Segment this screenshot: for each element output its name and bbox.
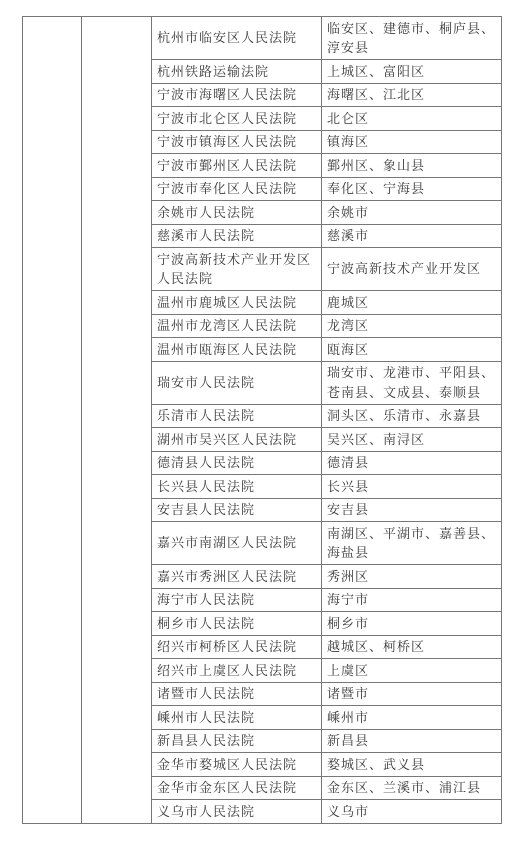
court-name-cell: 温州市鹿城区人民法院	[152, 291, 322, 315]
empty-cell-col2	[82, 17, 152, 824]
court-name-cell: 宁波市奉化区人民法院	[152, 177, 322, 201]
jurisdiction-cell: 龙湾区	[322, 314, 502, 338]
jurisdiction-cell: 慈溪市	[322, 224, 502, 248]
jurisdiction-cell: 义乌市	[322, 800, 502, 824]
jurisdiction-cell: 镇海区	[322, 130, 502, 154]
jurisdiction-cell: 桐乡市	[322, 612, 502, 636]
jurisdiction-cell: 南湖区、平湖市、嘉善县、海盐县	[322, 522, 502, 565]
jurisdiction-cell: 德清县	[322, 451, 502, 475]
court-name-cell: 温州市瓯海区人民法院	[152, 338, 322, 362]
jurisdiction-cell: 上城区、富阳区	[322, 60, 502, 84]
jurisdiction-cell: 秀洲区	[322, 565, 502, 589]
jurisdiction-cell: 余姚市	[322, 201, 502, 225]
court-name-cell: 瑞安市人民法院	[152, 361, 322, 404]
court-name-cell: 宁波市北仑区人民法院	[152, 107, 322, 131]
jurisdiction-cell: 安吉县	[322, 498, 502, 522]
jurisdiction-cell: 诸暨市	[322, 682, 502, 706]
jurisdiction-cell: 上虞区	[322, 659, 502, 683]
court-name-cell: 宁波市鄞州区人民法院	[152, 154, 322, 178]
court-name-cell: 绍兴市上虞区人民法院	[152, 659, 322, 683]
jurisdiction-cell: 海曙区、江北区	[322, 83, 502, 107]
court-name-cell: 嘉兴市秀洲区人民法院	[152, 565, 322, 589]
jurisdiction-cell: 瓯海区	[322, 338, 502, 362]
court-name-cell: 长兴县人民法院	[152, 475, 322, 499]
court-name-cell: 宁波高新技术产业开发区人民法院	[152, 248, 322, 291]
table-row: 杭州市临安区人民法院临安区、建德市、桐庐县、淳安县	[23, 17, 502, 60]
court-name-cell: 诸暨市人民法院	[152, 682, 322, 706]
court-name-cell: 宁波市海曙区人民法院	[152, 83, 322, 107]
jurisdiction-cell: 鹿城区	[322, 291, 502, 315]
jurisdiction-cell: 洞头区、乐清市、永嘉县	[322, 404, 502, 428]
court-name-cell: 金华市婺城区人民法院	[152, 753, 322, 777]
court-name-cell: 温州市龙湾区人民法院	[152, 314, 322, 338]
jurisdiction-cell: 宁波高新技术产业开发区	[322, 248, 502, 291]
court-name-cell: 德清县人民法院	[152, 451, 322, 475]
jurisdiction-cell: 嵊州市	[322, 706, 502, 730]
jurisdiction-cell: 鄞州区、象山县	[322, 154, 502, 178]
court-name-cell: 乐清市人民法院	[152, 404, 322, 428]
court-jurisdiction-table: 杭州市临安区人民法院临安区、建德市、桐庐县、淳安县杭州铁路运输法院上城区、富阳区…	[22, 16, 502, 824]
jurisdiction-cell: 长兴县	[322, 475, 502, 499]
document-page: 杭州市临安区人民法院临安区、建德市、桐庐县、淳安县杭州铁路运输法院上城区、富阳区…	[0, 0, 527, 847]
jurisdiction-cell: 婺城区、武义县	[322, 753, 502, 777]
jurisdiction-cell: 金东区、兰溪市、浦江县	[322, 776, 502, 800]
jurisdiction-cell: 海宁市	[322, 588, 502, 612]
jurisdiction-cell: 新昌县	[322, 729, 502, 753]
empty-cell-col1	[23, 17, 82, 824]
court-name-cell: 义乌市人民法院	[152, 800, 322, 824]
court-name-cell: 安吉县人民法院	[152, 498, 322, 522]
court-name-cell: 嘉兴市南湖区人民法院	[152, 522, 322, 565]
court-name-cell: 嵊州市人民法院	[152, 706, 322, 730]
court-name-cell: 宁波市镇海区人民法院	[152, 130, 322, 154]
court-name-cell: 海宁市人民法院	[152, 588, 322, 612]
court-name-cell: 桐乡市人民法院	[152, 612, 322, 636]
court-name-cell: 余姚市人民法院	[152, 201, 322, 225]
court-name-cell: 杭州铁路运输法院	[152, 60, 322, 84]
jurisdiction-cell: 临安区、建德市、桐庐县、淳安县	[322, 17, 502, 60]
court-name-cell: 新昌县人民法院	[152, 729, 322, 753]
jurisdiction-cell: 吴兴区、南浔区	[322, 428, 502, 452]
court-name-cell: 慈溪市人民法院	[152, 224, 322, 248]
court-name-cell: 金华市金东区人民法院	[152, 776, 322, 800]
jurisdiction-cell: 越城区、柯桥区	[322, 635, 502, 659]
court-name-cell: 湖州市吴兴区人民法院	[152, 428, 322, 452]
court-name-cell: 绍兴市柯桥区人民法院	[152, 635, 322, 659]
table-body: 杭州市临安区人民法院临安区、建德市、桐庐县、淳安县杭州铁路运输法院上城区、富阳区…	[23, 17, 502, 824]
jurisdiction-cell: 北仑区	[322, 107, 502, 131]
jurisdiction-cell: 奉化区、宁海县	[322, 177, 502, 201]
court-name-cell: 杭州市临安区人民法院	[152, 17, 322, 60]
jurisdiction-cell: 瑞安市、龙港市、平阳县、苍南县、文成县、泰顺县	[322, 361, 502, 404]
